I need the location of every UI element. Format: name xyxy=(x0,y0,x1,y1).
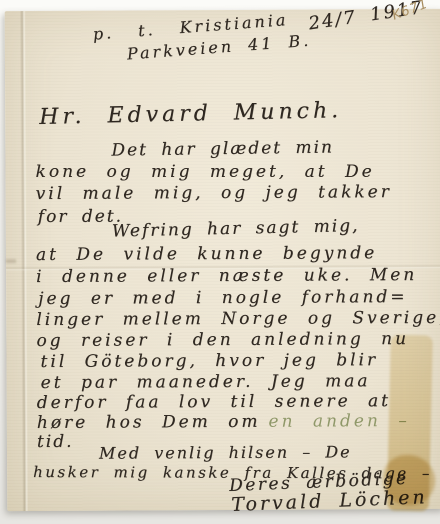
vertical-fold-crease xyxy=(20,11,29,511)
letter-line: Det har glædet min xyxy=(111,137,334,160)
letter-line: jeg er med i nogle forhand= xyxy=(38,287,407,309)
letter-line: i denne eller næste uke. Men xyxy=(36,265,417,287)
letter-line: høre hos Dem omen anden – xyxy=(37,411,410,433)
letter-line: derfor faa lov til senere at xyxy=(37,391,391,413)
letter-line: for det. xyxy=(38,207,123,227)
scan-background: { "archive_mark": "K671", "colors": { "p… xyxy=(0,0,440,524)
faded-ink-text: en anden – xyxy=(268,411,409,432)
letter-line: Wefring har sagt mig, xyxy=(112,216,360,242)
closing-line: Med venlig hilsen – De xyxy=(99,442,352,462)
letter-line: et par maaneder. Jeg maa xyxy=(41,371,371,393)
letter-line: kone og mig meget, at De xyxy=(36,162,375,182)
letter-line: vil male mig, og jeg takker xyxy=(36,182,392,204)
letter-line: at De vilde kunne begynde xyxy=(36,243,377,265)
salutation: Hr. Edvard Munch. xyxy=(39,98,342,130)
letter-paper: p. t. Kristiania 24/7 1917 Parkveien 41 … xyxy=(5,9,440,511)
edge-smudge xyxy=(6,259,16,263)
letter-line: til Göteborg, hvor jeg blir xyxy=(40,350,378,372)
letter-line: linger mellem Norge og Sverige, xyxy=(36,308,440,330)
letter-line: tid. xyxy=(37,432,74,452)
letter-line: og reiser i den anledning nu xyxy=(36,329,409,351)
letter-line-text: høre hos Dem om xyxy=(37,412,261,433)
